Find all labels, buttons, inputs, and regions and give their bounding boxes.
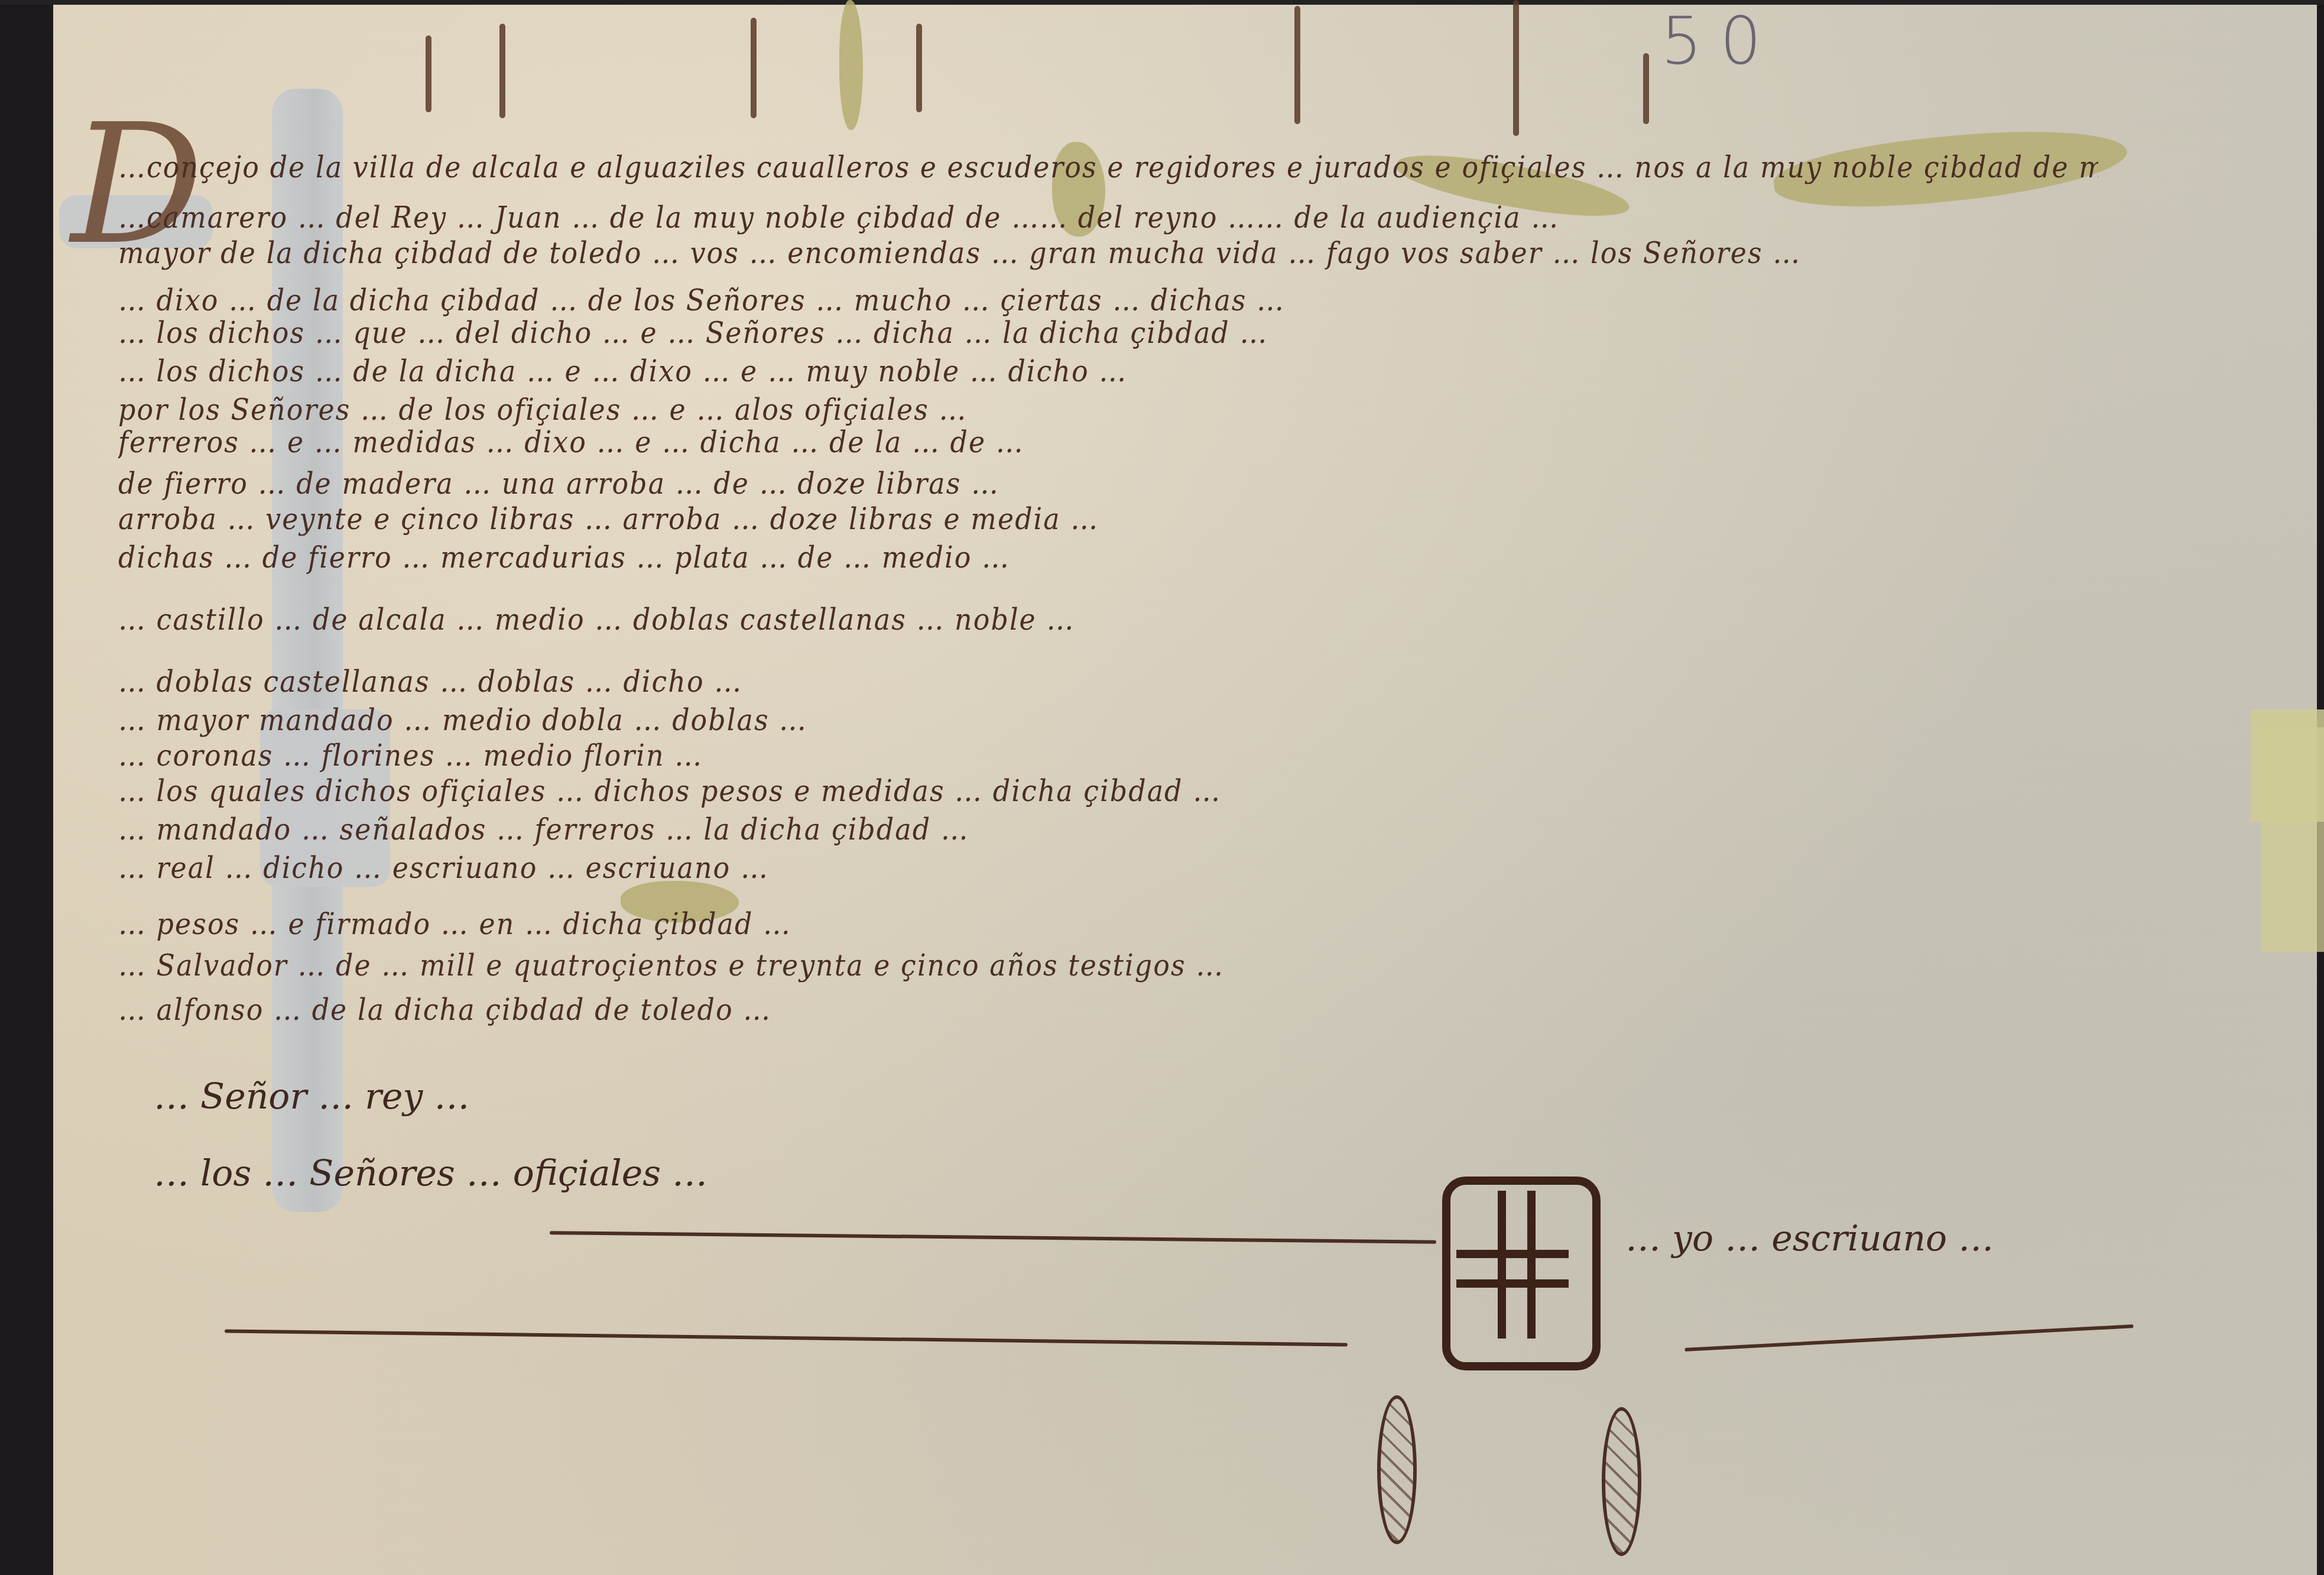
text-line: … castillo … de alcala … medio … doblas … — [118, 601, 2098, 636]
signature-line: … los … Señores … ofiçiales … — [154, 1153, 707, 1194]
ascender-stroke — [1294, 6, 1300, 124]
tassel-flourish-icon — [1377, 1395, 1417, 1544]
text-line: … mandado … señalados … ferreros … la di… — [118, 811, 2098, 846]
folio-number: 50 — [1661, 3, 1779, 79]
text-line: dichas … de fierro … mercadurias … plata… — [118, 539, 2098, 574]
scan-background-left — [0, 0, 53, 1575]
ascender-stroke — [1643, 53, 1649, 124]
text-line: … mayor mandado … medio dobla … doblas … — [118, 702, 2098, 737]
notarial-sign-icon — [1442, 1177, 1601, 1370]
text-line: … los quales dichos ofiçiales … dichos p… — [118, 773, 2098, 808]
text-line: … Salvador … de … mill e quatroçientos e… — [118, 947, 2098, 982]
text-line: …conçejo de la villa de alcala e alguazi… — [118, 149, 2098, 184]
text-line: … alfonso … de la dicha çibdad de toledo… — [118, 991, 2098, 1026]
ascender-stroke — [751, 18, 757, 118]
ascender-stroke — [426, 35, 431, 112]
text-line: por los Señores … de los ofiçiales … e …… — [118, 391, 2098, 426]
text-line: … doblas castellanas … doblas … dicho … — [118, 663, 2098, 698]
text-line: … coronas … florines … medio florin … — [118, 737, 2098, 772]
scan-background-top — [0, 0, 2324, 5]
tassel-flourish-icon — [1602, 1407, 1641, 1556]
text-line: … los dichos … de la dicha … e … dixo … … — [118, 353, 2098, 388]
text-line: … los dichos … que … del dicho … e … Señ… — [118, 315, 2098, 349]
text-line: ferreros … e … medidas … dixo … e … dich… — [118, 424, 2098, 459]
ascender-stroke — [1513, 0, 1519, 136]
text-line: de fierro … de madera … una arroba … de … — [118, 465, 2098, 500]
notary-attestation: … yo … escriuano … — [1625, 1218, 1994, 1259]
repair-patch — [2261, 727, 2324, 952]
text-line: … real … dicho … escriuano … escriuano … — [118, 850, 2098, 884]
text-line: … dixo … de la dicha çibdad … de los Señ… — [118, 282, 2098, 317]
text-line: …camarero … del Rey … Juan … de la muy n… — [118, 199, 2098, 234]
text-line: … pesos … e firmado … en … dicha çibdad … — [118, 906, 2098, 941]
signature-line: … Señor … rey … — [154, 1076, 469, 1117]
ascender-stroke — [916, 24, 922, 112]
text-line: arroba … veynte e çinco libras … arroba … — [118, 501, 2098, 536]
text-line: mayor de la dicha çibdad de toledo … vos… — [118, 235, 2098, 270]
ascender-stroke — [499, 24, 505, 118]
